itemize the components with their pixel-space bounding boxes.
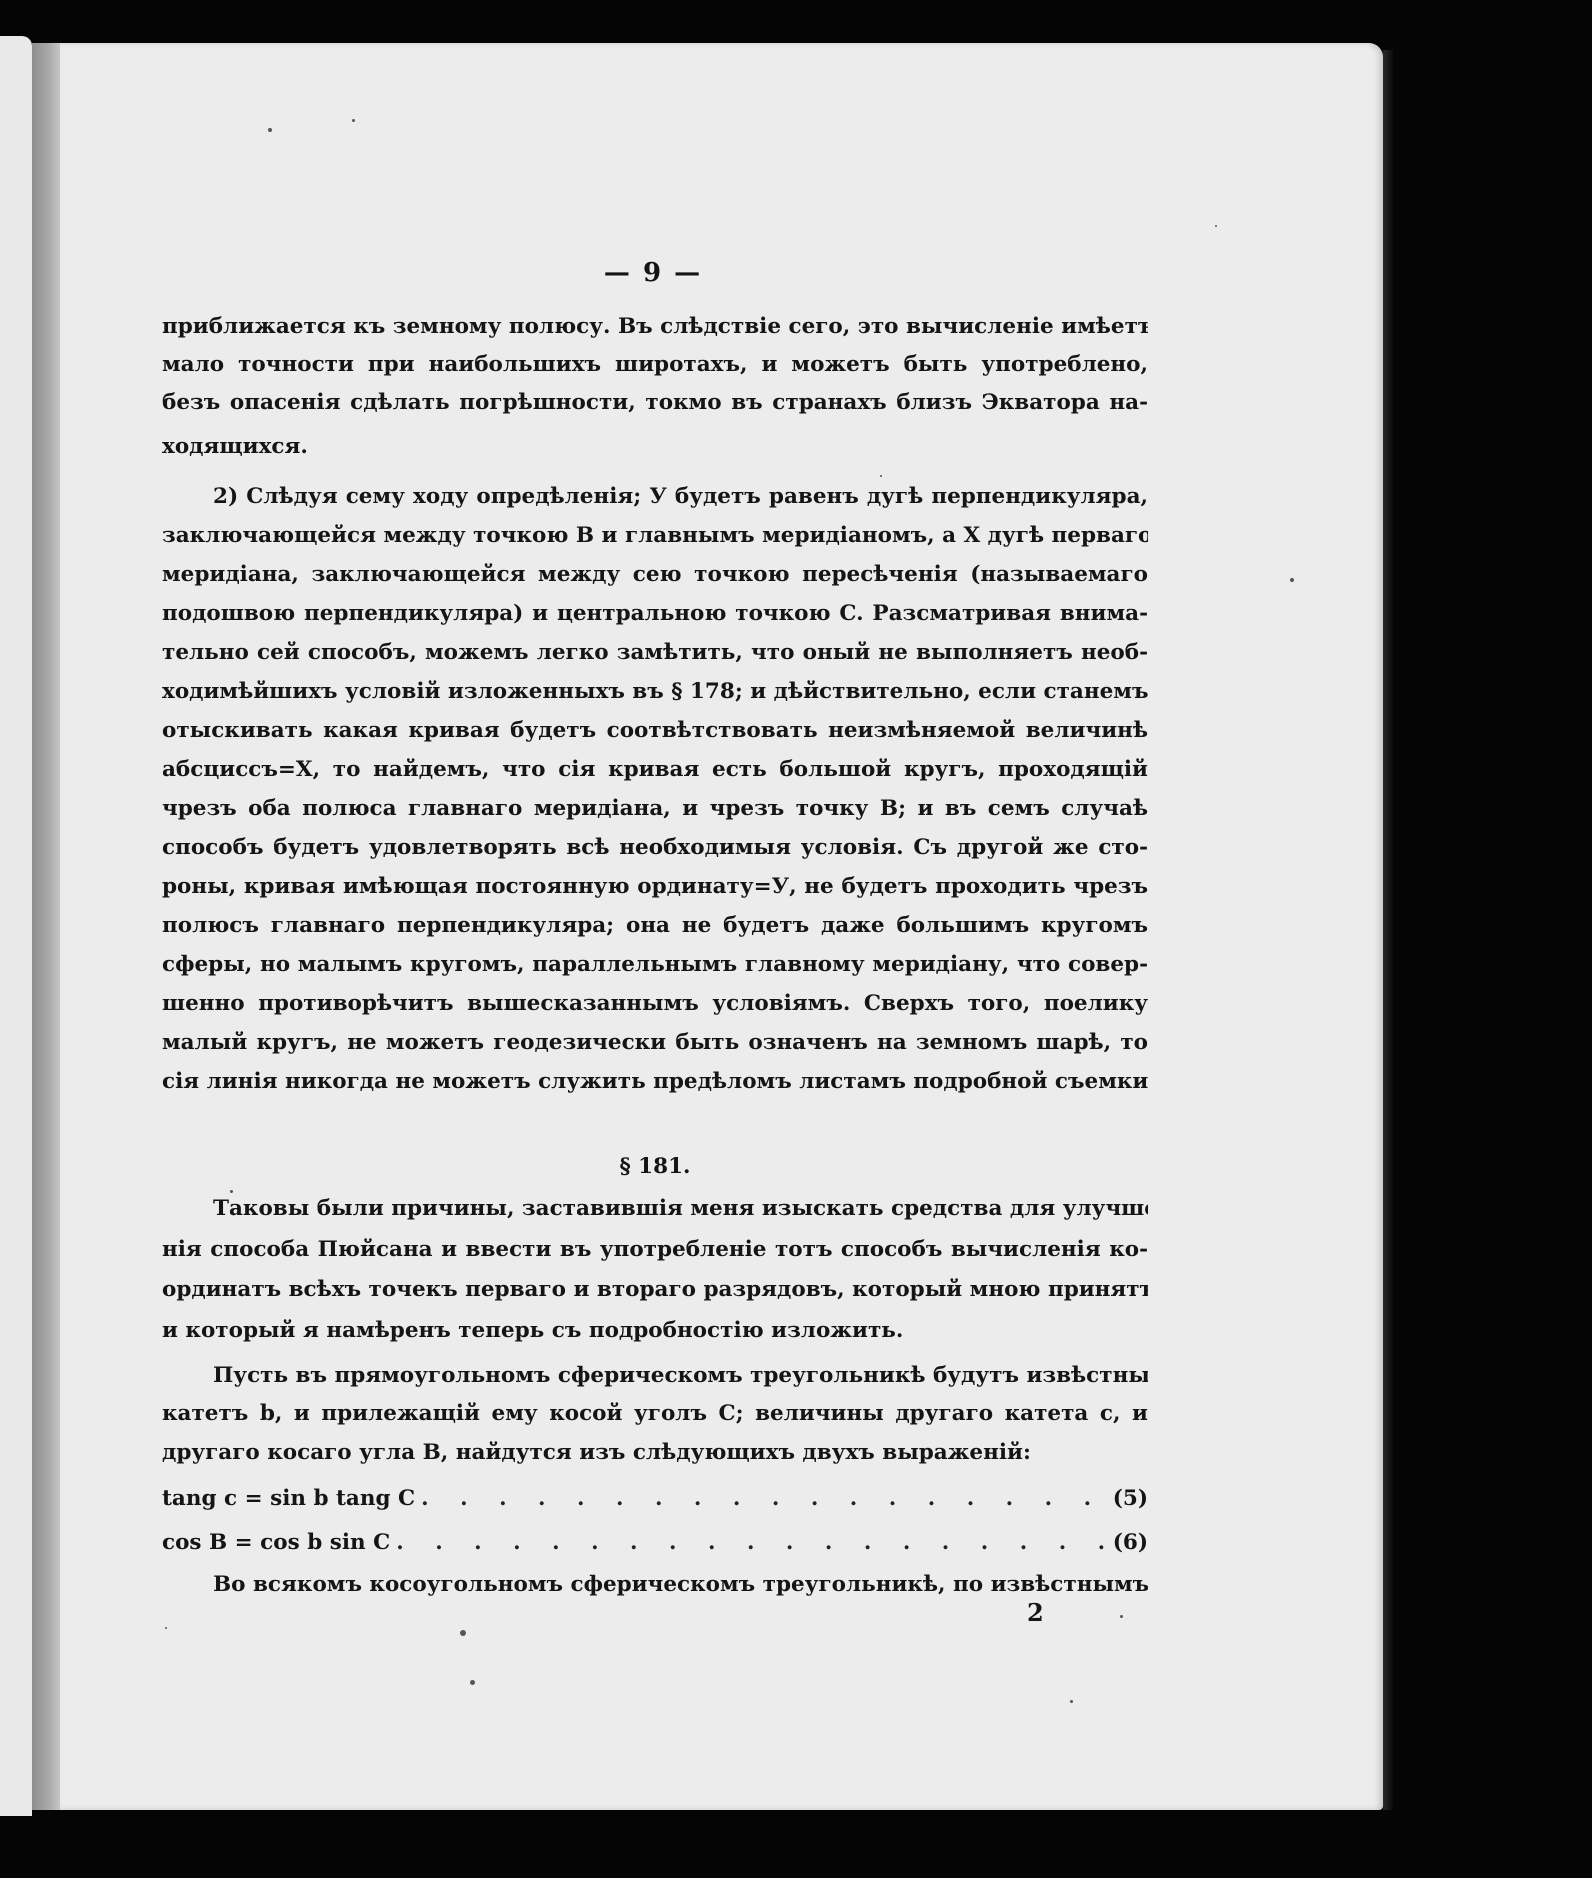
text-line: и который я намѣренъ теперь съ подробнос… [162, 1312, 1148, 1350]
text-line: безъ опасенія сдѣлать погрѣшности, токмо… [162, 384, 1148, 422]
equation-5: tang c = sin b tang C . . . . . . . . . … [162, 1480, 1148, 1518]
text-line: отыскивать какая кривая будетъ соотвѣтст… [162, 712, 1148, 750]
paper-speck [1290, 578, 1294, 582]
text-line: тельно сей способъ, можемъ легко замѣтит… [162, 634, 1148, 672]
page-right-edge [1383, 50, 1393, 1810]
text-line: малый кругъ, не можетъ геодезически быть… [162, 1024, 1148, 1062]
paper-speck [1215, 225, 1217, 227]
paper-speck [1070, 1700, 1073, 1703]
paper-speck [230, 1190, 233, 1193]
text-line: 2) Слѣдуя сему ходу опредѣленія; У будет… [213, 478, 1148, 516]
text-line: шенно противорѣчитъ вышесказаннымъ услов… [162, 985, 1148, 1023]
dot-leader: . . . . . . . . . . . . . . . . . . . . … [421, 1480, 1107, 1518]
book-gutter [32, 43, 60, 1810]
text-line: меридіана, заключающейся между сею точко… [162, 556, 1148, 594]
text-line: ординатъ всѣхъ точекъ перваго и втораго … [162, 1271, 1148, 1309]
signature-mark: 2 [1027, 1598, 1044, 1627]
text-line: приближается къ земному полюсу. Въ слѣдс… [162, 308, 1148, 346]
text-line: сія линія никогда не можетъ служить пред… [162, 1063, 1148, 1101]
equation-6: cos B = cos b sin C . . . . . . . . . . … [162, 1524, 1148, 1562]
paper-speck [880, 475, 882, 477]
text-line: сферы, но малымъ кругомъ, параллельнымъ … [162, 946, 1148, 984]
paper-speck [460, 1630, 466, 1636]
dot-leader: . . . . . . . . . . . . . . . . . . . . … [396, 1524, 1106, 1562]
paper-speck [1120, 1615, 1123, 1618]
text-line: заключающейся между точкою B и главнымъ … [162, 517, 1148, 555]
text-line: полюсъ главнаго перпендикуляра; она не б… [162, 907, 1148, 945]
equation-number: (5) [1113, 1480, 1148, 1518]
text-line: подошвою перпендикуляра) и центральною т… [162, 595, 1148, 633]
text-line: способъ будетъ удовлетворять всѣ необход… [162, 829, 1148, 867]
text-line: другаго косаго угла B, найдутся изъ слѣд… [162, 1434, 1148, 1472]
text-line: Пусть въ прямоугольномъ сферическомъ тре… [213, 1357, 1148, 1395]
text-line: роны, кривая имѣющая постоянную ординату… [162, 868, 1148, 906]
equation-number: (6) [1113, 1524, 1148, 1562]
paper-speck [165, 1627, 167, 1629]
text-line: Таковы были причины, заставившія меня из… [213, 1190, 1148, 1228]
section-heading: § 181. [162, 1148, 1148, 1186]
page-number: — 9 — [553, 258, 753, 288]
text-line: ходимѣйшихъ условій изложенныхъ въ § 178… [162, 673, 1148, 711]
text-line: нія способа Пюйсана и ввести въ употребл… [162, 1231, 1148, 1269]
paper-speck [352, 119, 355, 122]
text-line: катетъ b, и прилежащій ему косой уголъ C… [162, 1395, 1148, 1433]
adjacent-page-edge [0, 36, 32, 1816]
text-line: мало точности при наибольшихъ широтахъ, … [162, 346, 1148, 384]
equation-expression: cos B = cos b sin C [162, 1524, 390, 1562]
text-line: ходящихся. [162, 428, 1148, 466]
equation-expression: tang c = sin b tang C [162, 1480, 415, 1518]
text-line: чрезъ оба полюса главнаго меридіана, и ч… [162, 790, 1148, 828]
paper-speck [470, 1680, 475, 1685]
text-line: абсциссъ=X, то найдемъ, что сія кривая е… [162, 751, 1148, 789]
text-line: Во всякомъ косоугольномъ сферическомъ тр… [213, 1566, 1148, 1604]
paper-speck [268, 128, 272, 132]
